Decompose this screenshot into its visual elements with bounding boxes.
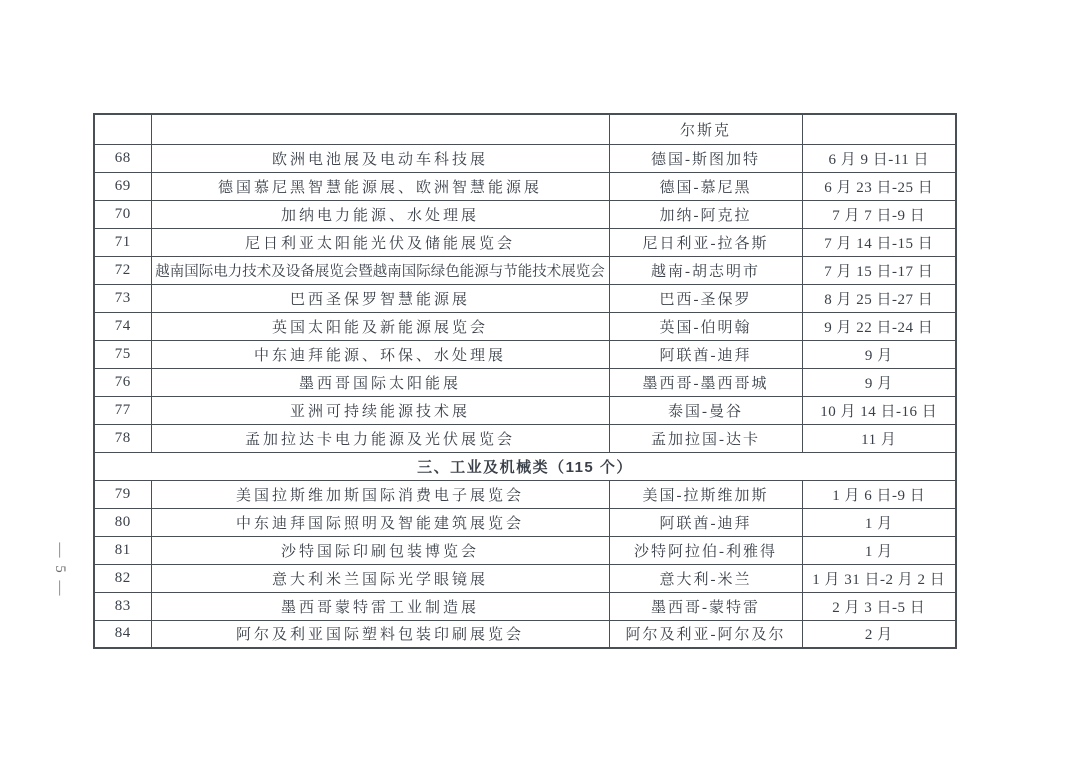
cell-location: 尼日利亚-拉各斯 — [609, 228, 802, 256]
exhibition-table-body: 尔斯克68欧洲电池展及电动车科技展德国-斯图加特6 月 9 日-11 日69德国… — [94, 114, 956, 648]
cell-no: 80 — [94, 508, 151, 536]
cell-location: 美国-拉斯维加斯 — [609, 480, 802, 508]
cell-no: 78 — [94, 424, 151, 452]
cell-date: 1 月 — [802, 536, 956, 564]
cell-no — [94, 114, 151, 144]
table-row: 73巴西圣保罗智慧能源展巴西-圣保罗8 月 25 日-27 日 — [94, 284, 956, 312]
cell-name — [151, 114, 609, 144]
cell-date: 7 月 14 日-15 日 — [802, 228, 956, 256]
table-row: 74英国太阳能及新能源展览会英国-伯明翰9 月 22 日-24 日 — [94, 312, 956, 340]
cell-name: 巴西圣保罗智慧能源展 — [151, 284, 609, 312]
cell-date: 10 月 14 日-16 日 — [802, 396, 956, 424]
cell-date: 9 月 22 日-24 日 — [802, 312, 956, 340]
cell-no: 82 — [94, 564, 151, 592]
cell-no: 76 — [94, 368, 151, 396]
cell-location: 意大利-米兰 — [609, 564, 802, 592]
table-row: 75中东迪拜能源、环保、水处理展阿联酋-迪拜9 月 — [94, 340, 956, 368]
cell-no: 71 — [94, 228, 151, 256]
cell-location: 英国-伯明翰 — [609, 312, 802, 340]
cell-name: 意大利米兰国际光学眼镜展 — [151, 564, 609, 592]
table-row: 81沙特国际印刷包装博览会沙特阿拉伯-利雅得1 月 — [94, 536, 956, 564]
cell-date: 8 月 25 日-27 日 — [802, 284, 956, 312]
table-row: 70加纳电力能源、水处理展加纳-阿克拉7 月 7 日-9 日 — [94, 200, 956, 228]
page-number: — 5 — — [46, 538, 74, 602]
cell-no: 75 — [94, 340, 151, 368]
table-row: 80中东迪拜国际照明及智能建筑展览会阿联酋-迪拜1 月 — [94, 508, 956, 536]
cell-location: 加纳-阿克拉 — [609, 200, 802, 228]
cell-location: 德国-慕尼黑 — [609, 172, 802, 200]
cell-name: 墨西哥蒙特雷工业制造展 — [151, 592, 609, 620]
cell-location: 墨西哥-墨西哥城 — [609, 368, 802, 396]
cell-date: 7 月 7 日-9 日 — [802, 200, 956, 228]
cell-name: 德国慕尼黑智慧能源展、欧洲智慧能源展 — [151, 172, 609, 200]
table-row: 78孟加拉达卡电力能源及光伏展览会孟加拉国-达卡11 月 — [94, 424, 956, 452]
cell-date: 6 月 23 日-25 日 — [802, 172, 956, 200]
cell-no: 77 — [94, 396, 151, 424]
cell-date: 1 月 — [802, 508, 956, 536]
cell-date: 9 月 — [802, 340, 956, 368]
cell-no: 84 — [94, 620, 151, 648]
cell-no: 81 — [94, 536, 151, 564]
cell-name: 亚洲可持续能源技术展 — [151, 396, 609, 424]
cell-name: 沙特国际印刷包装博览会 — [151, 536, 609, 564]
cell-location: 沙特阿拉伯-利雅得 — [609, 536, 802, 564]
cell-location: 越南-胡志明市 — [609, 256, 802, 284]
cell-location: 阿联酋-迪拜 — [609, 340, 802, 368]
cell-date: 7 月 15 日-17 日 — [802, 256, 956, 284]
table-row: 69德国慕尼黑智慧能源展、欧洲智慧能源展德国-慕尼黑6 月 23 日-25 日 — [94, 172, 956, 200]
cell-name: 中东迪拜国际照明及智能建筑展览会 — [151, 508, 609, 536]
cell-name: 中东迪拜能源、环保、水处理展 — [151, 340, 609, 368]
table-row: 82意大利米兰国际光学眼镜展意大利-米兰1 月 31 日-2 月 2 日 — [94, 564, 956, 592]
table-row: 68欧洲电池展及电动车科技展德国-斯图加特6 月 9 日-11 日 — [94, 144, 956, 172]
cell-name: 英国太阳能及新能源展览会 — [151, 312, 609, 340]
cell-no: 70 — [94, 200, 151, 228]
cell-no: 73 — [94, 284, 151, 312]
cell-name: 阿尔及利亚国际塑料包装印刷展览会 — [151, 620, 609, 648]
cell-location: 德国-斯图加特 — [609, 144, 802, 172]
cell-no: 74 — [94, 312, 151, 340]
cell-date — [802, 114, 956, 144]
table-row: 77亚洲可持续能源技术展泰国-曼谷10 月 14 日-16 日 — [94, 396, 956, 424]
cell-no: 83 — [94, 592, 151, 620]
cell-date: 11 月 — [802, 424, 956, 452]
cell-no: 72 — [94, 256, 151, 284]
cell-name: 孟加拉达卡电力能源及光伏展览会 — [151, 424, 609, 452]
cell-location: 尔斯克 — [609, 114, 802, 144]
cell-name: 加纳电力能源、水处理展 — [151, 200, 609, 228]
table-row: 71尼日利亚太阳能光伏及储能展览会尼日利亚-拉各斯7 月 14 日-15 日 — [94, 228, 956, 256]
cell-date: 2 月 — [802, 620, 956, 648]
cell-location: 阿尔及利亚-阿尔及尔 — [609, 620, 802, 648]
cell-no: 68 — [94, 144, 151, 172]
cell-date: 1 月 31 日-2 月 2 日 — [802, 564, 956, 592]
cell-date: 6 月 9 日-11 日 — [802, 144, 956, 172]
table-row: 76墨西哥国际太阳能展墨西哥-墨西哥城9 月 — [94, 368, 956, 396]
cell-date: 1 月 6 日-9 日 — [802, 480, 956, 508]
cell-location: 孟加拉国-达卡 — [609, 424, 802, 452]
cell-location: 墨西哥-蒙特雷 — [609, 592, 802, 620]
cell-date: 2 月 3 日-5 日 — [802, 592, 956, 620]
exhibition-table: 尔斯克68欧洲电池展及电动车科技展德国-斯图加特6 月 9 日-11 日69德国… — [93, 113, 957, 649]
table-row: 84阿尔及利亚国际塑料包装印刷展览会阿尔及利亚-阿尔及尔2 月 — [94, 620, 956, 648]
cell-name: 美国拉斯维加斯国际消费电子展览会 — [151, 480, 609, 508]
cell-no: 69 — [94, 172, 151, 200]
section-header-row: 三、工业及机械类（115 个） — [94, 452, 956, 480]
cell-no: 79 — [94, 480, 151, 508]
cell-location: 阿联酋-迪拜 — [609, 508, 802, 536]
section-header: 三、工业及机械类（115 个） — [94, 452, 956, 480]
cell-name: 墨西哥国际太阳能展 — [151, 368, 609, 396]
cell-date: 9 月 — [802, 368, 956, 396]
table-row: 72越南国际电力技术及设备展览会暨越南国际绿色能源与节能技术展览会越南-胡志明市… — [94, 256, 956, 284]
table-row: 83墨西哥蒙特雷工业制造展墨西哥-蒙特雷2 月 3 日-5 日 — [94, 592, 956, 620]
continuation-row: 尔斯克 — [94, 114, 956, 144]
table-row: 79美国拉斯维加斯国际消费电子展览会美国-拉斯维加斯1 月 6 日-9 日 — [94, 480, 956, 508]
cell-location: 巴西-圣保罗 — [609, 284, 802, 312]
cell-name: 越南国际电力技术及设备展览会暨越南国际绿色能源与节能技术展览会 — [151, 256, 609, 284]
document-page: — 5 — 尔斯克68欧洲电池展及电动车科技展德国-斯图加特6 月 9 日-11… — [0, 0, 1080, 764]
cell-name: 尼日利亚太阳能光伏及储能展览会 — [151, 228, 609, 256]
cell-location: 泰国-曼谷 — [609, 396, 802, 424]
cell-name: 欧洲电池展及电动车科技展 — [151, 144, 609, 172]
